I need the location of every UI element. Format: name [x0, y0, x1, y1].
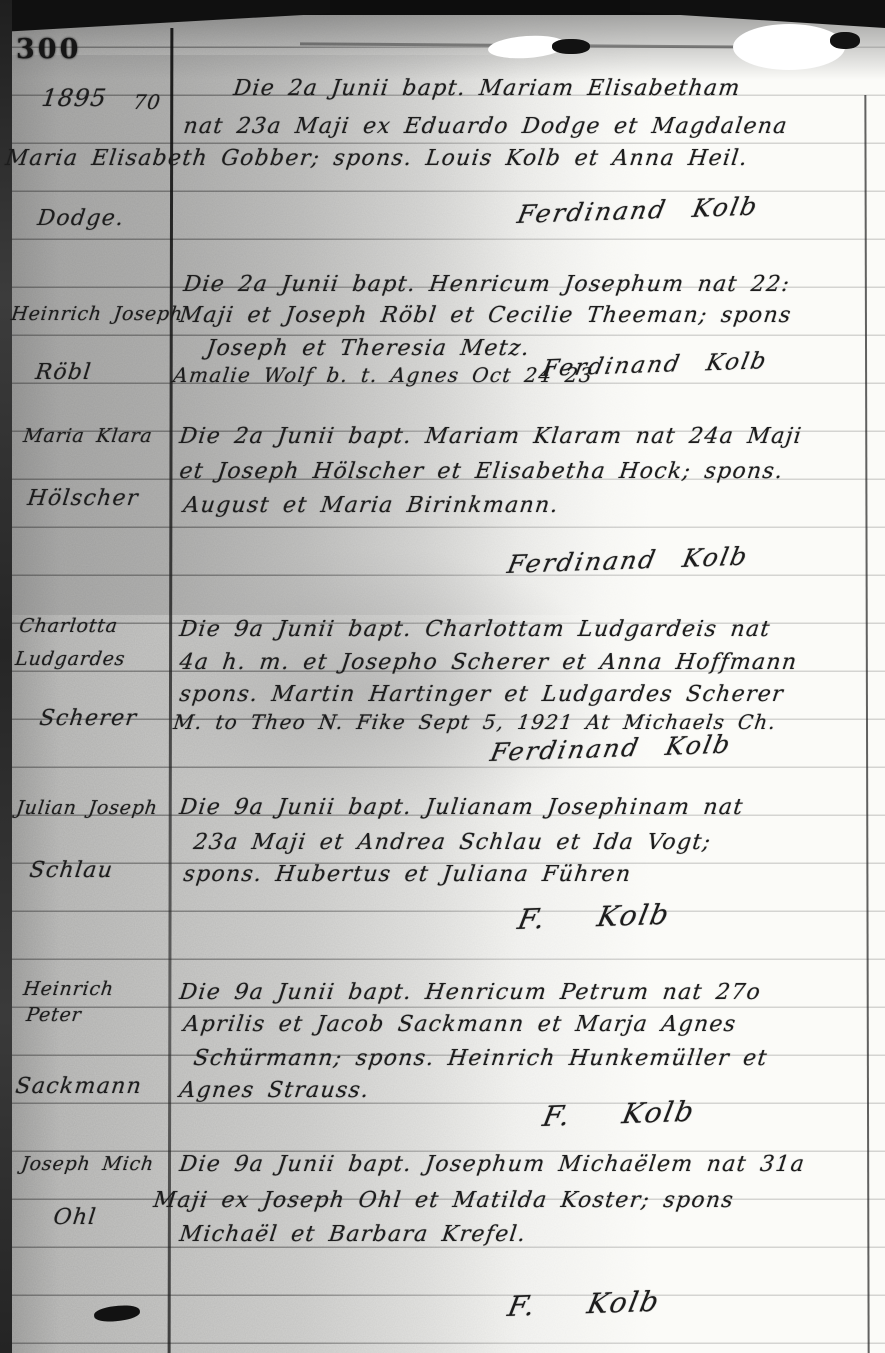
ink-blot: [830, 32, 860, 49]
ruled-lines-left: [0, 0, 500, 1353]
entry-1-margin-note: 70: [132, 90, 162, 114]
ink-blot: [552, 39, 590, 54]
entry-6-margin-name-2: Peter: [25, 1004, 83, 1026]
entry-6-line-4: Agnes Strauss.: [178, 1078, 371, 1103]
entry-3-margin-name-1: Maria Klara: [22, 425, 154, 447]
entry-7-margin-name-1: Joseph Mich: [20, 1153, 155, 1175]
entry-7-line-3: Michaël et Barbara Krefel.: [178, 1222, 528, 1247]
entry-5-line-1: Die 9a Junii bapt. Julianam Josephinam n…: [178, 795, 745, 820]
book-gutter-shadow: [0, 0, 12, 1353]
entry-4-line-2: 4a h. m. et Josepho Scherer et Anna Hoff…: [178, 650, 799, 675]
entry-2-margin-name-2: Röbl: [34, 360, 93, 385]
entry-2-line-2: Maji et Joseph Röbl et Cecilie Theeman; …: [178, 303, 793, 328]
entry-5-line-2: 23a Maji et Andrea Schlau et Ida Vogt;: [192, 830, 713, 855]
entry-6-line-3: Schürmann; spons. Heinrich Hunkemüller e…: [192, 1046, 769, 1071]
entry-1-line-1: Die 2a Junii bapt. Mariam Elisabetham: [232, 76, 742, 101]
entry-2-margin-name-1: Heinrich Joseph: [10, 303, 184, 325]
entry-3-line-3: August et Maria Birinkmann.: [182, 493, 560, 518]
entry-2-line-4: Amalie Wolf b. t. Agnes Oct 24 23: [172, 363, 595, 387]
entry-1-margin-name: Dodge.: [36, 206, 126, 231]
entry-7-signature: F. Kolb: [505, 1285, 663, 1323]
entry-2-line-3: Joseph et Theresia Metz.: [205, 336, 532, 361]
entry-4-margin-name-3: Scherer: [38, 706, 139, 731]
entry-5-margin-name-1: Julian Joseph: [15, 797, 159, 819]
entry-6-margin-name-1: Heinrich: [22, 978, 115, 1000]
entry-4-line-3: spons. Martin Hartinger et Ludgardes Sch…: [178, 682, 785, 707]
entry-4-margin-name-1: Charlotta: [18, 615, 119, 637]
page-number: 300: [16, 34, 81, 65]
entry-2-line-1: Die 2a Junii bapt. Henricum Josephum nat…: [182, 272, 792, 297]
entry-1-line-2: nat 23a Maji ex Eduardo Dodge et Magdale…: [182, 114, 789, 139]
entry-3-margin-name-2: Hölscher: [26, 486, 140, 511]
entry-6-line-1: Die 9a Junii bapt. Henricum Petrum nat 2…: [178, 980, 763, 1005]
entry-7-line-1: Die 9a Junii bapt. Josephum Michaëlem na…: [178, 1152, 807, 1177]
entry-5-line-3: spons. Hubertus et Juliana Führen: [182, 862, 633, 887]
scan-white-patch: [733, 24, 845, 70]
entry-1-line-3: Maria Elisabeth Gobber; spons. Louis Kol…: [4, 146, 750, 171]
entry-7-line-2: Maji ex Joseph Ohl et Matilda Koster; sp…: [152, 1188, 736, 1213]
entry-5-signature: F. Kolb: [515, 898, 673, 936]
entry-6-signature: F. Kolb: [540, 1095, 698, 1133]
entry-4-line-1: Die 9a Junii bapt. Charlottam Ludgardeis…: [178, 617, 772, 642]
entry-6-line-2: Aprilis et Jacob Sackmann et Marja Agnes: [182, 1012, 738, 1037]
entry-4-margin-name-2: Ludgardes: [14, 648, 127, 670]
entry-3-line-1: Die 2a Junii bapt. Mariam Klaram nat 24a…: [178, 424, 804, 449]
entry-5-margin-name-2: Schlau: [28, 858, 115, 883]
entry-3-line-2: et Joseph Hölscher et Elisabetha Hock; s…: [178, 459, 785, 484]
entry-6-margin-name-3: Sackmann: [14, 1074, 144, 1099]
entry-7-margin-name-2: Ohl: [52, 1205, 98, 1230]
register-page-scan: 300 1895 70 Die 2a Junii bapt. Mariam El…: [0, 0, 885, 1353]
year-label: 1895: [40, 84, 109, 112]
